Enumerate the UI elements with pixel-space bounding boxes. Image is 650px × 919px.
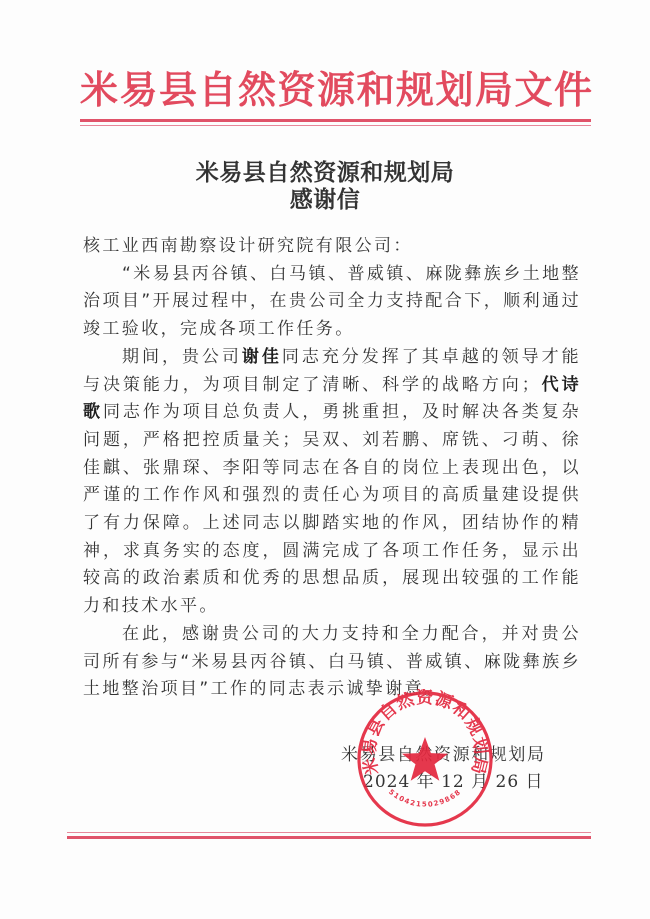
signature-date: 2024 年 12 月 26 日 <box>363 767 544 792</box>
paragraph-2-part-3: 同志作为项目总负责人，勇挑重担，及时解决各类复杂问题，严格把控质量关；吴双、刘若… <box>83 402 581 616</box>
signature-organization: 米易县自然资源和规划局 <box>341 740 546 765</box>
document-header: 米易县自然资源和规划局文件 <box>80 66 592 114</box>
paragraph-2: 期间，贵公司谢佳同志充分发挥了其卓越的领导才能与决策能力，为项目制定了清晰、科学… <box>83 344 581 621</box>
footer-rule-thick <box>67 836 591 839</box>
paragraph-2-part-1: 期间，贵公司 <box>122 347 242 367</box>
footer-rule-thin <box>67 832 591 833</box>
letter-body: 核工业西南勘察设计研究院有限公司： “米易县丙谷镇、白马镇、普威镇、麻陇彝族乡土… <box>83 233 581 704</box>
header-rule-thick <box>80 119 591 122</box>
paragraph-3: 在此，感谢贵公司的大力支持和全力配合，并对贵公司所有参与“米易县丙谷镇、白马镇、… <box>83 621 581 704</box>
person-name-1: 谢佳 <box>242 347 282 367</box>
document-page: 米易县自然资源和规划局文件 米易县自然资源和规划局 感谢信 核工业西南勘察设计研… <box>0 0 650 919</box>
letter-title: 感谢信 <box>0 181 650 214</box>
header-rule-thin <box>80 125 591 126</box>
salutation: 核工业西南勘察设计研究院有限公司： <box>83 233 581 261</box>
paragraph-1: “米易县丙谷镇、白马镇、普威镇、麻陇彝族乡土地整治项目”开展过程中，在贵公司全力… <box>83 261 581 344</box>
